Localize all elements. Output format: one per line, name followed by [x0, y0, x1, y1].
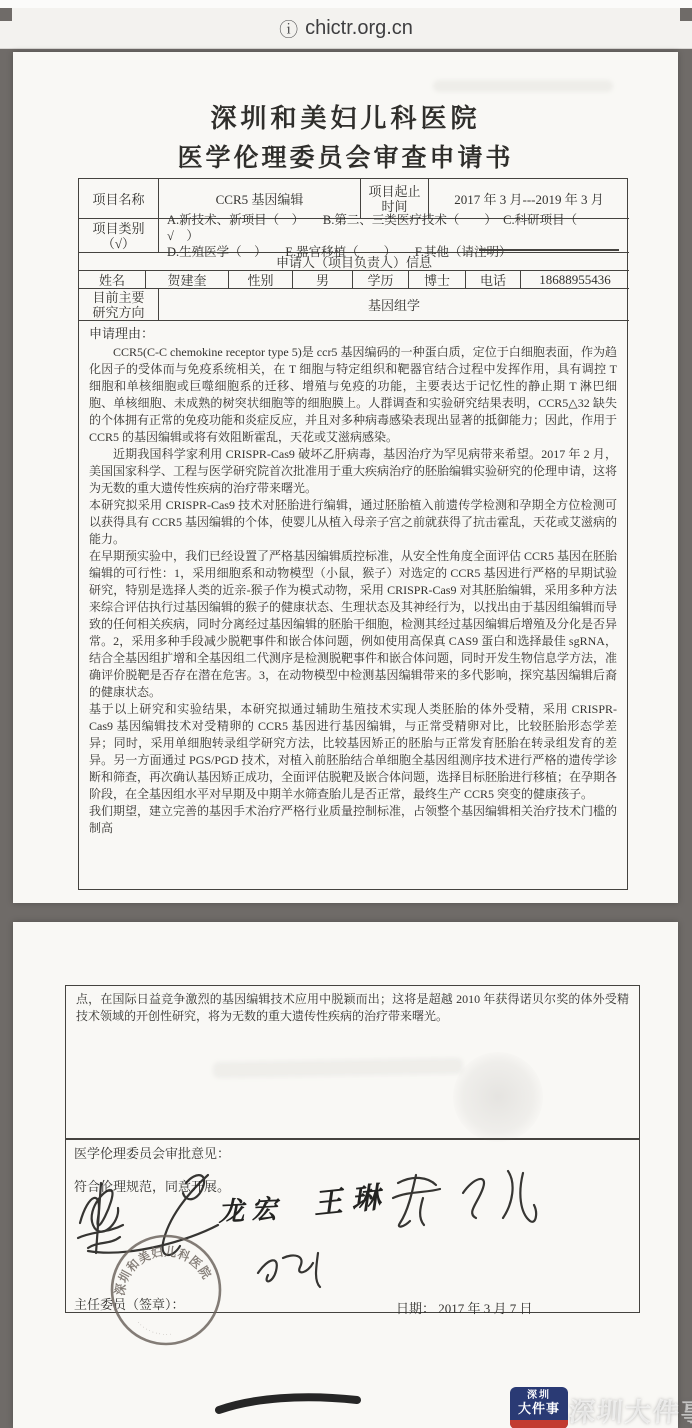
scan-smudge — [433, 80, 613, 92]
gender-value: 男 — [293, 271, 353, 289]
bleed-through-stamp — [453, 1052, 543, 1142]
category-options: A.新技术、新项目（ ） B.第二、三类医疗技术（ ） C.科研项目（ √ ） … — [159, 219, 629, 253]
applicant-section-title: 申请人（项目负责人）信息 — [79, 253, 629, 271]
research-direction-label: 目前主要 研究方向 — [79, 289, 159, 321]
status-bar-strip — [0, 0, 692, 8]
name-value: 贺建奎 — [146, 271, 229, 289]
education-value: 博士 — [409, 271, 466, 289]
pen-swoosh-mark — [213, 1390, 363, 1416]
phone-label: 电话 — [466, 271, 521, 289]
reason-paragraph-2: 近期我国科学家利用 CRISPR-Cas9 破坏乙肝病毒，基因治疗为罕见病带来希… — [89, 446, 617, 497]
phone-value: 18688955436 — [521, 271, 629, 289]
gender-label: 性别 — [229, 271, 293, 289]
research-direction-value: 基因组学 — [159, 289, 629, 321]
document-page-1: 深圳和美妇儿科医院 医学伦理委员会审查申请书 项目名称 CCR5 基因编辑 项目… — [13, 52, 678, 903]
category-label: 项目类别 （√） — [79, 219, 159, 253]
hospital-stamp: 深圳和美妇儿科医院 ··········· — [102, 1226, 230, 1354]
signature-scribble-5 — [393, 1178, 440, 1198]
approval-opinion-label: 医学伦理委员会审批意见： — [74, 1143, 230, 1162]
signature-scribble-7 — [258, 1260, 277, 1281]
signature-wanglin: 王琳 — [311, 1174, 391, 1223]
application-reason-cell: 申请理由： CCR5(C-C chemokine receptor type 5… — [79, 321, 627, 889]
name-label: 姓名 — [79, 271, 146, 289]
browser-screenshot: ⓘ chictr.org.cn 深圳和美妇儿科医院 医学伦理委员会审查申请书 项… — [0, 0, 692, 1428]
reason-continuation: 点，在国际日益竞争激烈的基因编辑技术应用中脱颖而出；这将是超越 2010 年获得… — [66, 986, 639, 1030]
badge-red-strip — [510, 1420, 568, 1428]
badge-line2: 大件事 — [518, 1402, 560, 1416]
other-fill-line — [479, 249, 619, 251]
reason-paragraph-5: 基于以上研究和实验结果，本研究拟通过辅助生殖技术实现人类胚胎的体外受精，采用 C… — [89, 701, 617, 803]
news-watermark-ghost-text: 深圳大件事 — [568, 1392, 692, 1428]
form-title: 医学伦理委员会审查申请书 — [13, 138, 678, 174]
reason-paragraph-6: 我们期望，建立完善的基因手术治疗严格行业质量控制标准，占领整个基因编辑相关治疗技… — [89, 803, 617, 837]
row-divider — [66, 1138, 639, 1140]
education-label: 学历 — [353, 271, 409, 289]
reason-label: 申请理由： — [89, 325, 617, 342]
project-name-label: 项目名称 — [79, 179, 159, 219]
corner-notch-left — [0, 8, 12, 21]
browser-address-bar[interactable]: ⓘ chictr.org.cn — [0, 8, 692, 49]
corner-notch-right — [680, 8, 692, 21]
news-watermark-badge: 深圳 大件事 — [510, 1387, 568, 1428]
svg-text:···········: ··········· — [135, 1321, 174, 1338]
site-info-icon[interactable]: ⓘ — [279, 15, 298, 42]
signature-longhong: 龙宏 — [217, 1188, 285, 1228]
signature-scribble-6 — [463, 1179, 484, 1218]
document-page-2: 点，在国际日益竞争激烈的基因编辑技术应用中脱颖而出；这将是超越 2010 年获得… — [13, 922, 678, 1428]
hospital-name: 深圳和美妇儿科医院 — [13, 98, 678, 135]
url-text: chictr.org.cn — [305, 17, 413, 40]
application-table: 项目名称 CCR5 基因编辑 项目起止 时间 2017 年 3 月---2019… — [78, 178, 628, 890]
reason-paragraph-4: 在早期预实验中，我们已经设置了严格基因编辑质控标准，从安全性角度全面评估 CCR… — [89, 548, 617, 701]
reason-paragraph-1: CCR5(C-C chemokine receptor type 5)是 ccr… — [89, 344, 617, 446]
reason-paragraph-3: 本研究拟采用 CRISPR-Cas9 技术对胚胎进行编辑，通过胚胎植入前遗传学检… — [89, 497, 617, 548]
